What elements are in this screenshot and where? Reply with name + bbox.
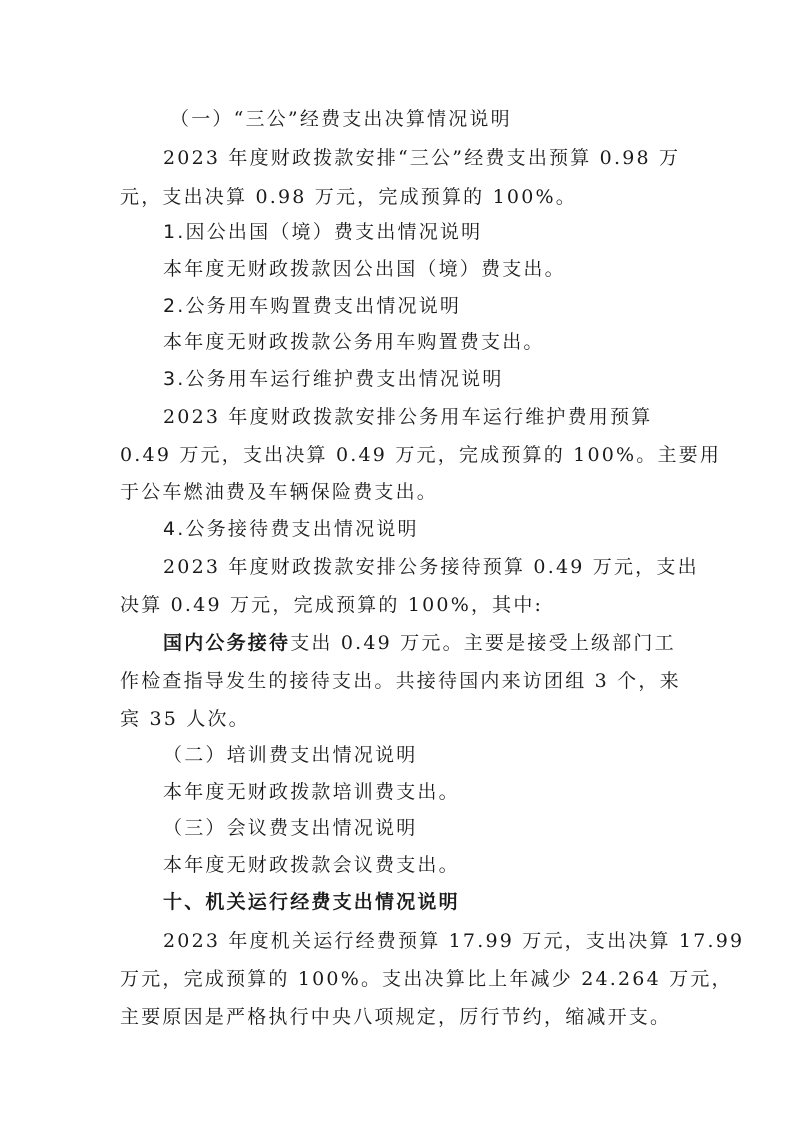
paragraph-line: 主要原因是严格执行中央八项规定，厉行节约，缩减开支。 bbox=[120, 1005, 671, 1029]
section-heading-training: （二）培训费支出情况说明 bbox=[163, 743, 417, 767]
paragraph-line: 0.49 万元，支出决算 0.49 万元，完成预算的 100%。主要用 bbox=[120, 443, 721, 467]
paragraph-line: 于公车燃油费及车辆保险费支出。 bbox=[120, 480, 438, 504]
paragraph-line: 2023 年度机关运行经费预算 17.99 万元，支出决算 17.99 bbox=[163, 929, 744, 953]
paragraph-line: 本年度无财政拨款因公出国（境）费支出。 bbox=[163, 257, 566, 281]
paragraph-line: 2023 年度财政拨款安排公务接待预算 0.49 万元，支出 bbox=[163, 555, 699, 579]
paragraph-line: 本年度无财政拨款会议费支出。 bbox=[163, 853, 460, 877]
section-heading-sangong: （一）“三公”经费支出决算情况说明 bbox=[170, 107, 512, 131]
paragraph-line: 国内公务接待支出 0.49 万元。主要是接受上级部门工 bbox=[163, 631, 676, 655]
section-heading-meeting: （三）会议费支出情况说明 bbox=[163, 816, 417, 840]
subheading-vehicle-maintenance: 3.公务用车运行维护费支出情况说明 bbox=[163, 367, 504, 391]
subheading-vehicle-purchase: 2.公务用车购置费支出情况说明 bbox=[163, 294, 461, 318]
paragraph-line: 万元，完成预算的 100%。支出决算比上年减少 24.264 万元， bbox=[120, 967, 733, 991]
paragraph-line: 元，支出决算 0.98 万元，完成预算的 100%。 bbox=[120, 185, 577, 209]
paragraph-line: 宾 35 人次。 bbox=[120, 707, 250, 731]
paragraph-line: 作检查指导发生的接待支出。共接待国内来访团组 3 个，来 bbox=[120, 669, 681, 693]
paragraph-line: 2023 年度财政拨款安排“三公”经费支出预算 0.98 万 bbox=[163, 146, 680, 170]
paragraph-line: 本年度无财政拨款培训费支出。 bbox=[163, 780, 460, 804]
bold-term-domestic-reception: 国内公务接待 bbox=[163, 632, 290, 654]
subheading-reception: 4.公务接待费支出情况说明 bbox=[163, 517, 419, 541]
paragraph-text: 支出 0.49 万元。主要是接受上级部门工 bbox=[290, 632, 676, 654]
paragraph-line: 决算 0.49 万元，完成预算的 100%，其中: bbox=[120, 593, 543, 617]
paragraph-line: 本年度无财政拨款公务用车购置费支出。 bbox=[163, 330, 545, 354]
paragraph-line: 2023 年度财政拨款安排公务用车运行维护费用预算 bbox=[163, 405, 652, 429]
section-heading-agency-operation: 十、机关运行经费支出情况说明 bbox=[163, 890, 460, 914]
document-page: （一）“三公”经费支出决算情况说明 2023 年度财政拨款安排“三公”经费支出预… bbox=[0, 0, 793, 1122]
subheading-overseas: 1.因公出国（境）费支出情况说明 bbox=[163, 220, 482, 244]
